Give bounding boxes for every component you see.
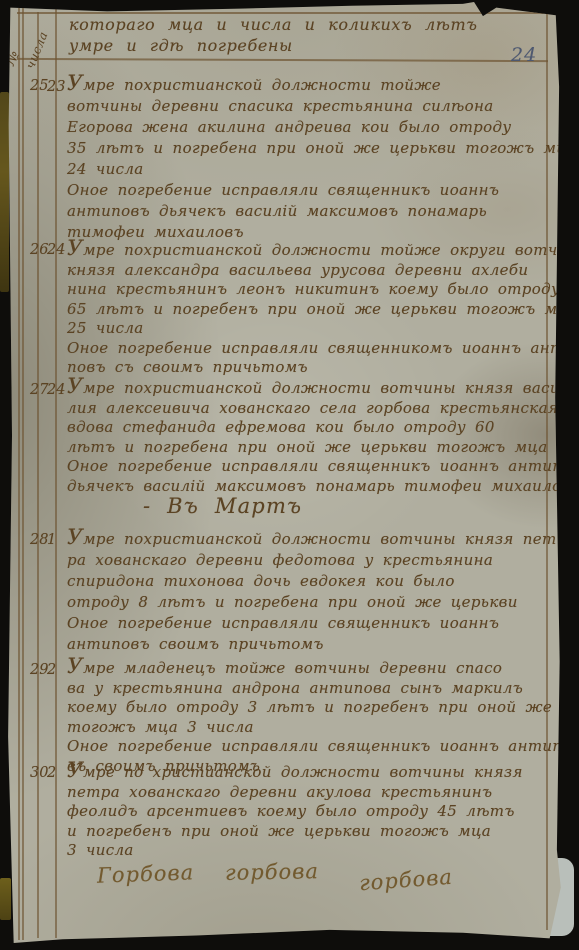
entry-line: Умре похристианской должности тойже [67,73,561,96]
register-entry: Умре похристианской должности тойже вотч… [67,73,561,243]
entry-day: 1 [47,532,56,548]
entry-line: отроду 8 лѣтъ и погребена при оной же це… [67,592,561,613]
entry-line: 65 лѣтъ и погребенъ при оной же церькви … [67,300,561,320]
entry-line: Умре похристианской должности вотчины кн… [67,527,561,550]
entry-number: 26 [30,242,48,258]
entry-line: 3 числа [67,841,561,861]
header-title-line2: умре и гдѣ погребены [69,36,293,55]
entry-line: петра хованскаго деревни акулова крестья… [67,783,561,803]
entry-number: 28 [30,532,48,548]
entry-line: вотчины деревни спасика крестьянина силѣ… [67,96,561,117]
entry-line: Оное погребение исправляли священникъ ио… [67,613,561,634]
entry-line: антиповъ своимъ причьтомъ [67,634,561,655]
entry-number: 29 [30,662,48,678]
entry-line: лия алексеивича хованскаго села горбова … [67,399,561,419]
register-entry: Умре похристианской должности вотчины кн… [67,527,561,655]
pen-trial-scribble: Горбова [97,860,195,887]
header-title-line1: котораго мца и числа и коликихъ лѣтъ [69,15,478,34]
entry-number: 30 [30,765,48,781]
entry-line: Оное погребение исправляли священникъ ио… [67,457,561,477]
entry-line: Оное погребение исправляли священникъ ио… [67,737,561,757]
entry-line: и погребенъ при оной же церькви тогожъ м… [67,822,561,842]
column-day-label: числа [23,29,51,71]
register-entry: Умре похристианской должности вотчины кн… [67,377,561,496]
table-rule-left-inner [22,4,24,940]
pen-trial-scribble: горбова [225,859,319,885]
entry-day: 2 [47,662,56,678]
entry-line: тогожъ мца 3 числа [67,718,561,738]
entry-line: повъ съ своимъ причьтомъ [67,358,561,378]
register-entry: Умре по христианской должности вотчины к… [67,761,561,861]
entry-day: 24 [47,242,65,258]
entry-day: 23 [47,79,65,95]
entry-line: Егорова жена акилина андреива кои было о… [67,117,561,138]
table-rule-text-left [55,4,57,938]
entry-day: 24 [47,382,65,398]
manuscript-page: № числа котораго мца и числа и коликихъ … [7,2,563,944]
book-gutter-edge [0,92,9,292]
entry-line: нина крестьянинъ леонъ никитинъ коему бы… [67,280,561,300]
entry-line: 24 числа [67,159,561,180]
entry-line: дьячекъ василій максимовъ понамарь тимоф… [67,477,561,497]
pen-trial-scribble: горбова [358,865,453,895]
entry-line: Умре похристианской должности тойже окру… [67,239,561,261]
entry-line: антиповъ дьячекъ василій максимовъ понам… [67,201,561,222]
entry-number: 25 [30,78,48,94]
entry-line: князя александра васильева урусова дерев… [67,261,561,281]
entry-line: Умре по христианской должности вотчины к… [67,761,561,783]
month-heading: - Въ Мартъ [143,494,302,518]
entry-line: Умре младенецъ тойже вотчины деревни спа… [67,657,561,679]
table-rule-top [17,12,548,14]
entry-line: вдова стефанида ефремова кои было отроду… [67,418,561,438]
entry-line: лѣтъ и погребена при оной же церькви тог… [67,438,561,458]
photo-backdrop: № числа котораго мца и числа и коликихъ … [0,0,579,950]
table-rule-left-outer [18,4,20,940]
entry-line: Оное погребение исправляли священникомъ … [67,339,561,359]
entry-line: Умре похристианской должности вотчины кн… [67,377,561,399]
register-entry: Умре младенецъ тойже вотчины деревни спа… [67,657,561,776]
entry-line: ра хованскаго деревни федотова у крестья… [67,550,561,571]
entry-day: 2 [47,765,56,781]
entry-number: 27 [30,382,48,398]
entry-line: спиридона тихонова дочь евдокея кои было [67,571,561,592]
entry-line: Оное погребение исправляли священникъ ио… [67,180,561,201]
register-entry: Умре похристианской должности тойже окру… [67,239,561,378]
entry-line: 25 числа [67,319,561,339]
page-number: 24 [511,44,537,66]
entry-line: ва у крестьянина андрона антипова сынъ м… [67,679,561,699]
book-gutter-edge [0,878,11,920]
table-rule-header-bottom [17,58,548,62]
entry-line: 35 лѣтъ и погребена при оной же церькви … [67,138,561,159]
entry-line: коему было отроду 3 лѣтъ и погребенъ при… [67,698,561,718]
entry-line: феолидъ арсентиевъ коему было отроду 45 … [67,802,561,822]
column-number-label: № [1,47,23,68]
table-rule-number-divider [37,12,39,938]
